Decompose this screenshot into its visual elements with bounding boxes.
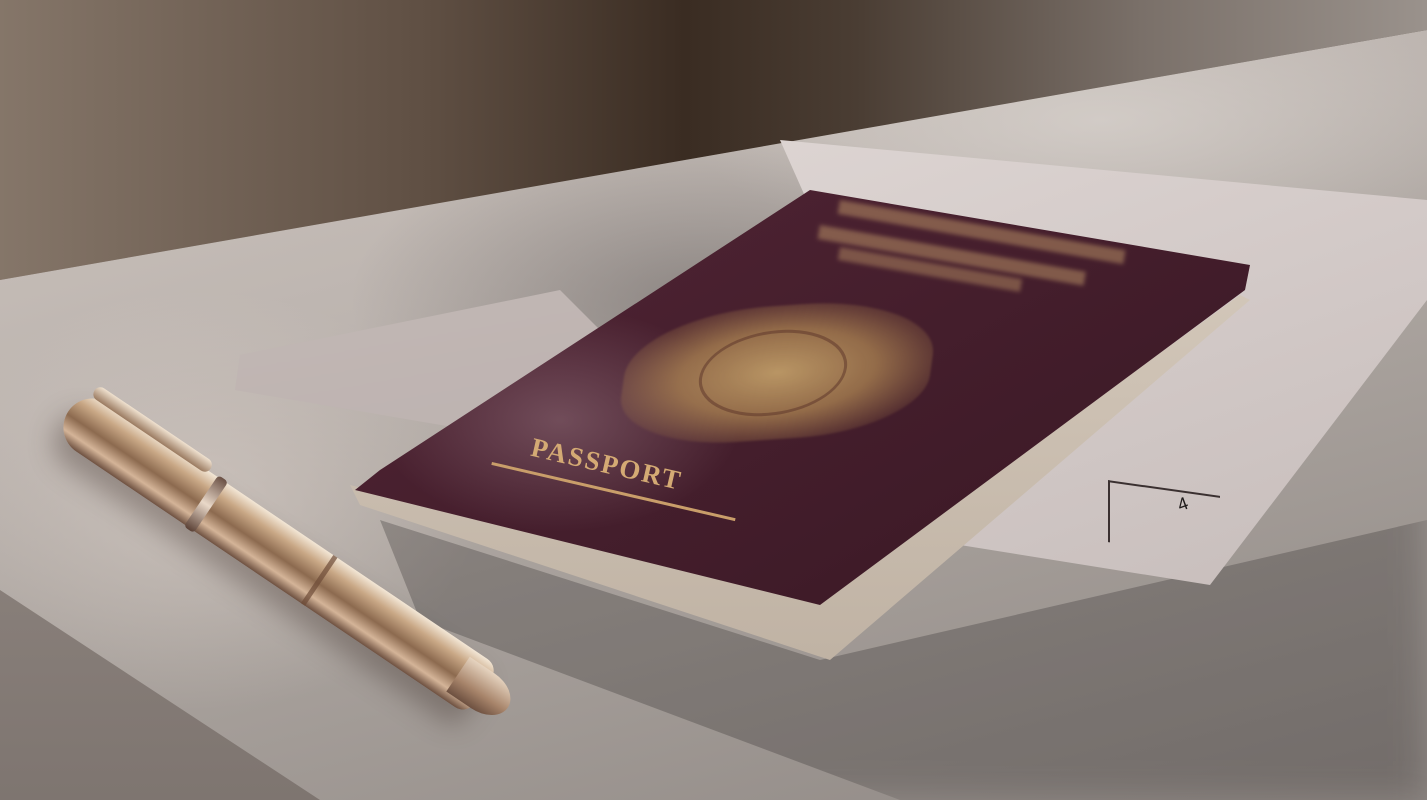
pen-ring — [184, 475, 229, 533]
photo-scene: 4 PASSPORT — [0, 0, 1427, 800]
pen-band — [301, 555, 338, 606]
